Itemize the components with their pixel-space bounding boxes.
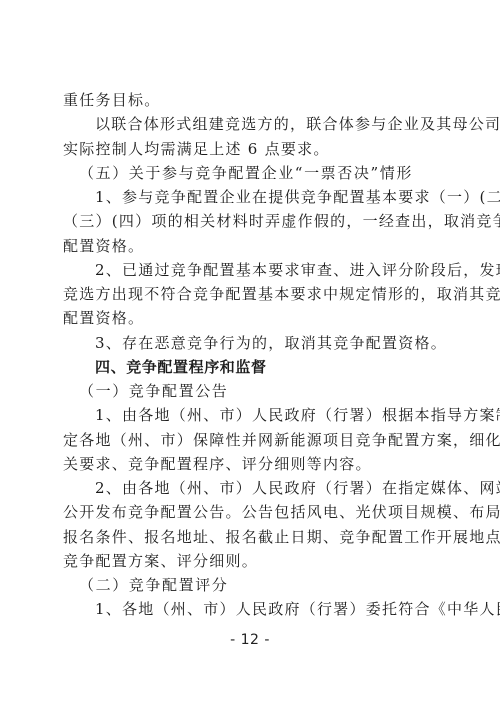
section-heading-veto: （五）关于参与竞争配置企业“一票否决”情形 (63, 161, 439, 185)
text-line: 关要求、竞争配置程序、评分细则等内容。 (63, 452, 439, 476)
text-line: 报名条件、报名地址、报名截止日期、竞争配置工作开展地点、 (63, 525, 439, 549)
page-number: - 12 - (0, 632, 500, 648)
text-line: 公开发布竞争配置公告。公告包括风电、光伏项目规模、布局、 (63, 500, 439, 524)
text-line: 实际控制人均需满足上述 6 点要求。 (63, 137, 439, 161)
list-item-scoring-1: 1、各地（州、市）人民政府（行署）委托符合《中华人民 (63, 597, 439, 621)
text-line: （三）(四）项的相关材料时弄虚作假的，一经查出，取消竞争 (63, 209, 439, 233)
text-line: 配置资格。 (63, 234, 439, 258)
list-item-veto-1: 1、参与竞争配置企业在提供竞争配置基本要求（一）(二) (63, 185, 439, 209)
paragraph-consortium-requirement: 以联合体形式组建竞选方的，联合体参与企业及其母公司、 (63, 112, 439, 136)
list-item-announcement-2: 2、由各地（州、市）人民政府（行署）在指定媒体、网站 (63, 476, 439, 500)
document-page: 重任务目标。 以联合体形式组建竞选方的，联合体参与企业及其母公司、 实际控制人均… (0, 0, 500, 706)
section-heading-scoring: （二）竞争配置评分 (63, 573, 439, 597)
document-body: 重任务目标。 以联合体形式组建竞选方的，联合体参与企业及其母公司、 实际控制人均… (63, 88, 439, 622)
list-item-announcement-1: 1、由各地（州、市）人民政府（行署）根据本指导方案制 (63, 403, 439, 427)
text-line: 竞争配置方案、评分细则。 (63, 549, 439, 573)
text-line: 竞选方出现不符合竞争配置基本要求中规定情形的，取消其竞争 (63, 282, 439, 306)
chapter-heading-procedure: 四、竞争配置程序和监督 (63, 355, 439, 379)
list-item-veto-3: 3、存在恶意竞争行为的，取消其竞争配置资格。 (63, 331, 439, 355)
section-heading-announcement: （一）竞争配置公告 (63, 379, 439, 403)
list-item-veto-2: 2、已通过竞争配置基本要求审查、进入评分阶段后，发现 (63, 258, 439, 282)
text-line: 重任务目标。 (63, 88, 439, 112)
text-line: 定各地（州、市）保障性并网新能源项目竞争配置方案，细化相 (63, 428, 439, 452)
text-line: 配置资格。 (63, 306, 439, 330)
